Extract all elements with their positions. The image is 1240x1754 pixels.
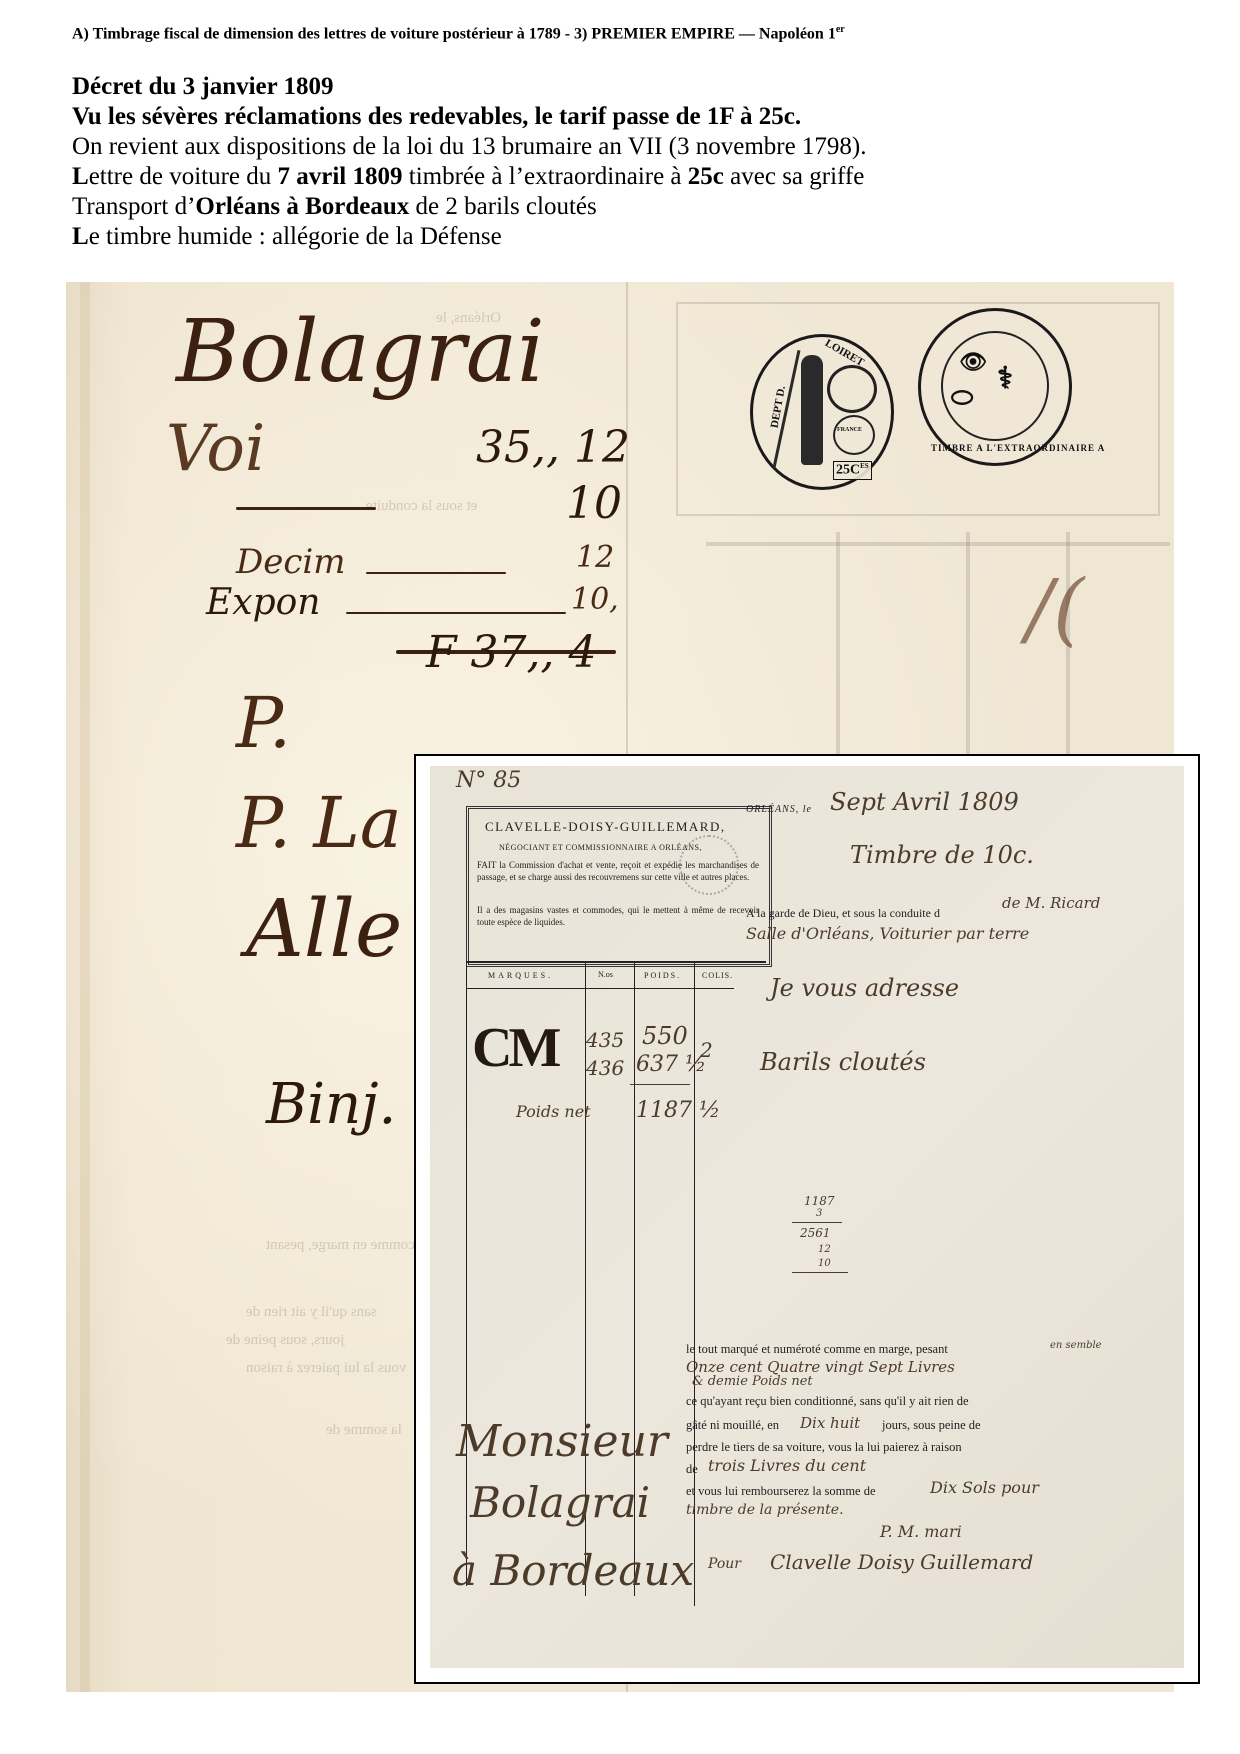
calc-line: 12 bbox=[818, 1244, 831, 1255]
handwritten-date: Sept Avril 1809 bbox=[830, 788, 1019, 816]
text: de 2 barils cloutés bbox=[409, 193, 596, 220]
handwritten-sum: Dix Sols pour bbox=[930, 1478, 1039, 1497]
ghost-text: vous la lui paierez à raison bbox=[246, 1360, 406, 1377]
calc-line: 1187 bbox=[804, 1194, 835, 1208]
inset-letter-frame: N° 85 CLAVELLE-DOISY-GUILLEMARD, NÉGOCIA… bbox=[414, 754, 1200, 1684]
cell-number: 435 bbox=[586, 1028, 624, 1052]
handwritten-amount: 10 bbox=[566, 478, 622, 529]
allegory-figure-icon bbox=[801, 355, 823, 465]
tariff-line: Vu les sévères réclamations des redevabl… bbox=[72, 102, 867, 132]
handwritten-adresse: Je vous adresse bbox=[770, 974, 959, 1002]
handwritten-carrier-detail: Salle d'Orléans, Voiturier par terre bbox=[746, 924, 1029, 943]
ghost-header-box bbox=[676, 302, 1160, 516]
handwritten-barils: Barils cloutés bbox=[760, 1048, 926, 1076]
handwritten-pm: P. M. mari bbox=[880, 1522, 962, 1541]
handwritten-sig: P. La bbox=[236, 782, 402, 864]
text: avec sa griffe bbox=[724, 163, 864, 190]
inset-letter-paper: N° 85 CLAVELLE-DOISY-GUILLEMARD, NÉGOCIA… bbox=[430, 766, 1184, 1668]
handwritten-days: Dix huit bbox=[800, 1414, 860, 1432]
stamp-legend: TIMBRE A L'EXTRAORDINAIRE A bbox=[931, 443, 1105, 453]
fold-line bbox=[80, 282, 90, 1692]
text: timbrée à l’extraordinaire à bbox=[403, 163, 688, 190]
ghost-rule bbox=[706, 542, 1170, 546]
calc-line: 2561 bbox=[800, 1226, 831, 1240]
firm-title: NÉGOCIANT ET COMMISSIONNAIRE A ORLÉANS, bbox=[499, 843, 702, 852]
handwritten-amount: 35,, 12 bbox=[476, 422, 630, 473]
handwritten-binj: Binj. bbox=[266, 1072, 396, 1137]
handwritten-sum-detail: timbre de la présente. bbox=[686, 1502, 844, 1518]
cell-colis: 2 bbox=[700, 1038, 713, 1062]
net-weight-value: 1187 ½ bbox=[636, 1098, 720, 1123]
cell-weight: 637 ½ bbox=[636, 1052, 706, 1077]
letter-number: N° 85 bbox=[456, 768, 521, 793]
text: e timbre humide : allégorie de la Défens… bbox=[89, 223, 502, 250]
text: Transport d’ bbox=[72, 193, 195, 220]
handwritten-label: Expon bbox=[206, 582, 321, 623]
column-header-poids: POIDS. bbox=[644, 971, 681, 980]
date-printed-label: ORLÉANS, le bbox=[746, 804, 812, 815]
stamp-value: 25C bbox=[836, 463, 860, 478]
scale-pan-icon: ⬭ bbox=[951, 383, 973, 414]
letter-date: 7 avril 1809 bbox=[278, 163, 403, 190]
handwritten-rate: trois Livres du cent bbox=[708, 1456, 866, 1475]
decree-title: Décret du 3 janvier 1809 bbox=[72, 72, 867, 102]
ghost-text: comme en marge, pesant bbox=[266, 1237, 415, 1254]
defense-stamp: FRANCE DEPT D. LOIRET 25CES bbox=[750, 334, 894, 490]
signature-prefix: Pour bbox=[708, 1556, 741, 1572]
intro-text: Décret du 3 janvier 1809 Vu les sévères … bbox=[72, 72, 867, 252]
ghost-text: la somme de bbox=[326, 1422, 402, 1439]
text: ettre de voiture du bbox=[89, 163, 278, 190]
firm-header-box: CLAVELLE-DOISY-GUILLEMARD, NÉGOCIANT ET … bbox=[466, 806, 772, 967]
header-superscript: er bbox=[836, 24, 845, 35]
ghost-text: jours, sous peine de bbox=[226, 1332, 344, 1349]
body-text: ce qu'ayant reçu bien conditionné, sans … bbox=[686, 1394, 969, 1409]
handwritten-voi: Voi bbox=[166, 412, 265, 486]
shipping-marks: CM bbox=[472, 1016, 557, 1080]
letter-line: Lettre de voiture du 7 avril 1809 timbré… bbox=[72, 162, 867, 192]
stamp-text: FRANCE bbox=[837, 427, 862, 433]
eye-icon: 👁 bbox=[959, 349, 987, 375]
body-text: de bbox=[686, 1462, 698, 1477]
extraordinaire-stamp: 👁 ⚕ ⬭ TIMBRE A L'EXTRAORDINAIRE A bbox=[918, 308, 1072, 466]
firm-description: Il a des magasins vastes et commodes, qu… bbox=[477, 904, 759, 928]
calc-line: 10 bbox=[818, 1258, 831, 1269]
firm-name: CLAVELLE-DOISY-GUILLEMARD, bbox=[485, 819, 726, 835]
handwritten-name: Bolagrai bbox=[176, 302, 545, 402]
cell-weight: 550 bbox=[642, 1022, 688, 1050]
postmark-ghost bbox=[679, 835, 739, 895]
ghost-text: et sous la conduite bbox=[366, 498, 477, 515]
addressee-name: Bolagrai bbox=[470, 1478, 650, 1527]
addressee-title: Monsieur bbox=[456, 1416, 668, 1467]
calc-rule bbox=[792, 1222, 842, 1223]
handwritten-sig: P. bbox=[236, 682, 291, 764]
body-text: le tout marqué et numéroté comme en marg… bbox=[686, 1342, 948, 1357]
caduceus-icon: ⚕ bbox=[997, 361, 1013, 396]
decree-date: Décret du 3 janvier 1809 bbox=[72, 73, 334, 100]
calc-line: 3 bbox=[816, 1208, 822, 1219]
column-header-marques: MARQUES. bbox=[488, 971, 553, 980]
tariff-value: 25c bbox=[688, 163, 724, 190]
ghost-text: sans qu'il y ait rien de bbox=[246, 1304, 377, 1321]
net-weight-label: Poids net bbox=[516, 1102, 591, 1121]
page-header: A) Timbrage fiscal de dimension des lett… bbox=[72, 24, 845, 43]
table-rule bbox=[466, 961, 766, 963]
handwritten-total: F 37,, 4 bbox=[426, 627, 596, 678]
header-title: A) Timbrage fiscal de dimension des lett… bbox=[72, 25, 836, 42]
initial: L bbox=[72, 163, 89, 190]
handwritten-weight-words: & demie Poids net bbox=[692, 1374, 813, 1389]
route: Orléans à Bordeaux bbox=[195, 193, 409, 220]
law-line: On revient aux dispositions de la loi du… bbox=[72, 132, 867, 162]
handwritten-sig: Alle bbox=[246, 882, 402, 975]
body-text: jours, sous peine de bbox=[882, 1418, 981, 1433]
column-header-colis: COLIS. bbox=[702, 971, 733, 980]
leader-line bbox=[366, 572, 506, 574]
stamp-line: Le timbre humide : allégorie de la Défen… bbox=[72, 222, 867, 252]
handwritten-label: Decim bbox=[236, 542, 346, 582]
handwritten-timbre: Timbre de 10c. bbox=[850, 841, 1034, 869]
body-text: perdre le tiers de sa voiture, vous la l… bbox=[686, 1440, 962, 1455]
strike-stroke bbox=[236, 507, 376, 510]
body-text: et vous lui rembourserez la somme de bbox=[686, 1484, 876, 1499]
handwritten-value: 12 bbox=[576, 540, 614, 575]
tariff-text: Vu les sévères réclamations des redevabl… bbox=[72, 103, 801, 130]
addressee-city: à Bordeaux bbox=[452, 1546, 694, 1595]
shield-icon bbox=[827, 365, 877, 413]
body-text: gâté ni mouillé, en bbox=[686, 1418, 779, 1433]
handwritten-value: 10, bbox=[571, 582, 619, 617]
signature: Clavelle Doisy Guillemard bbox=[770, 1550, 1033, 1574]
leader-line bbox=[346, 612, 566, 614]
handwritten-text: en semble bbox=[1050, 1340, 1102, 1351]
initial: L bbox=[72, 223, 89, 250]
column-header-numeros: N.os bbox=[598, 970, 613, 979]
cell-number: 436 bbox=[586, 1056, 624, 1080]
transport-line: Transport d’Orléans à Bordeaux de 2 bari… bbox=[72, 192, 867, 222]
sum-line bbox=[630, 1084, 690, 1085]
garde-printed: A la garde de Dieu, et sous la conduite … bbox=[746, 906, 940, 921]
handwritten-mark: /( bbox=[1026, 562, 1084, 655]
stamp-value-sup: ES bbox=[860, 462, 869, 470]
globe-icon bbox=[833, 415, 875, 455]
handwritten-carrier: de M. Ricard bbox=[1002, 894, 1100, 912]
calc-rule bbox=[792, 1272, 848, 1273]
